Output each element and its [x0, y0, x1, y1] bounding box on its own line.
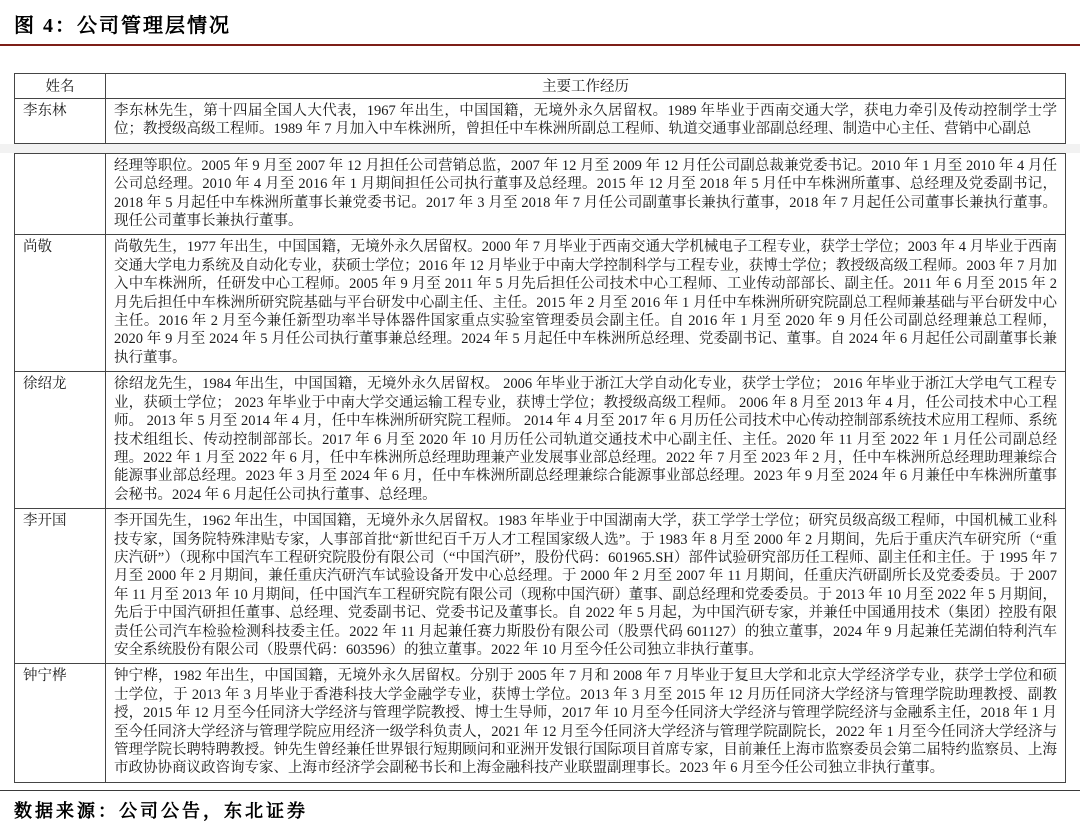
table-row: 经理等职位。2005 年 9 月至 2007 年 12 月担任公司营销总监，20… [15, 153, 1066, 235]
manager-name: 钟宁桦 [15, 664, 106, 782]
manager-experience: 经理等职位。2005 年 9 月至 2007 年 12 月担任公司营销总监，20… [106, 153, 1066, 235]
manager-name: 李开国 [15, 509, 106, 664]
manager-experience: 尚敬先生，1977 年出生，中国国籍，无境外永久居留权。2000 年 7 月毕业… [106, 235, 1066, 372]
figure-title: 图 4：公司管理层情况 [0, 0, 1080, 38]
page-break-gap [0, 144, 1080, 153]
header-name: 姓名 [15, 74, 106, 99]
management-table-fragment-top: 姓名 主要工作经历 李东林 李东林先生，第十四届全国人大代表，1967 年出生，… [14, 73, 1066, 144]
manager-name [15, 153, 106, 235]
table-row: 钟宁桦 钟宁桦，1982 年出生，中国国籍，无境外永久居留权。分别于 2005 … [15, 664, 1066, 782]
manager-name: 李东林 [15, 99, 106, 144]
management-table-area: 姓名 主要工作经历 李东林 李东林先生，第十四届全国人大代表，1967 年出生，… [14, 73, 1066, 783]
manager-experience: 钟宁桦，1982 年出生，中国国籍，无境外永久居留权。分别于 2005 年 7 … [106, 664, 1066, 782]
data-source: 数据来源：公司公告，东北证券 [0, 791, 1080, 831]
manager-name: 徐绍龙 [15, 372, 106, 509]
table-row: 李开国 李开国先生，1962 年出生，中国国籍，无境外永久居留权。1983 年毕… [15, 509, 1066, 664]
table-row: 徐绍龙 徐绍龙先生，1984 年出生，中国国籍，无境外永久居留权。 2006 年… [15, 372, 1066, 509]
table-header-row: 姓名 主要工作经历 [15, 74, 1066, 99]
manager-experience: 徐绍龙先生，1984 年出生，中国国籍，无境外永久居留权。 2006 年毕业于浙… [106, 372, 1066, 509]
manager-experience: 李开国先生，1962 年出生，中国国籍，无境外永久居留权。1983 年毕业于中国… [106, 509, 1066, 664]
management-table-fragment-bottom: 经理等职位。2005 年 9 月至 2007 年 12 月担任公司营销总监，20… [14, 153, 1066, 783]
header-experience: 主要工作经历 [106, 74, 1066, 99]
title-divider [0, 44, 1080, 46]
manager-experience: 李东林先生，第十四届全国人大代表，1967 年出生，中国国籍，无境外永久居留权。… [106, 99, 1066, 144]
table-row: 尚敬 尚敬先生，1977 年出生，中国国籍，无境外永久居留权。2000 年 7 … [15, 235, 1066, 372]
report-page: 图 4：公司管理层情况 姓名 主要工作经历 李东林 李东林先生，第十四届全国人大… [0, 0, 1080, 831]
table-row: 李东林 李东林先生，第十四届全国人大代表，1967 年出生，中国国籍，无境外永久… [15, 99, 1066, 144]
manager-name: 尚敬 [15, 235, 106, 372]
